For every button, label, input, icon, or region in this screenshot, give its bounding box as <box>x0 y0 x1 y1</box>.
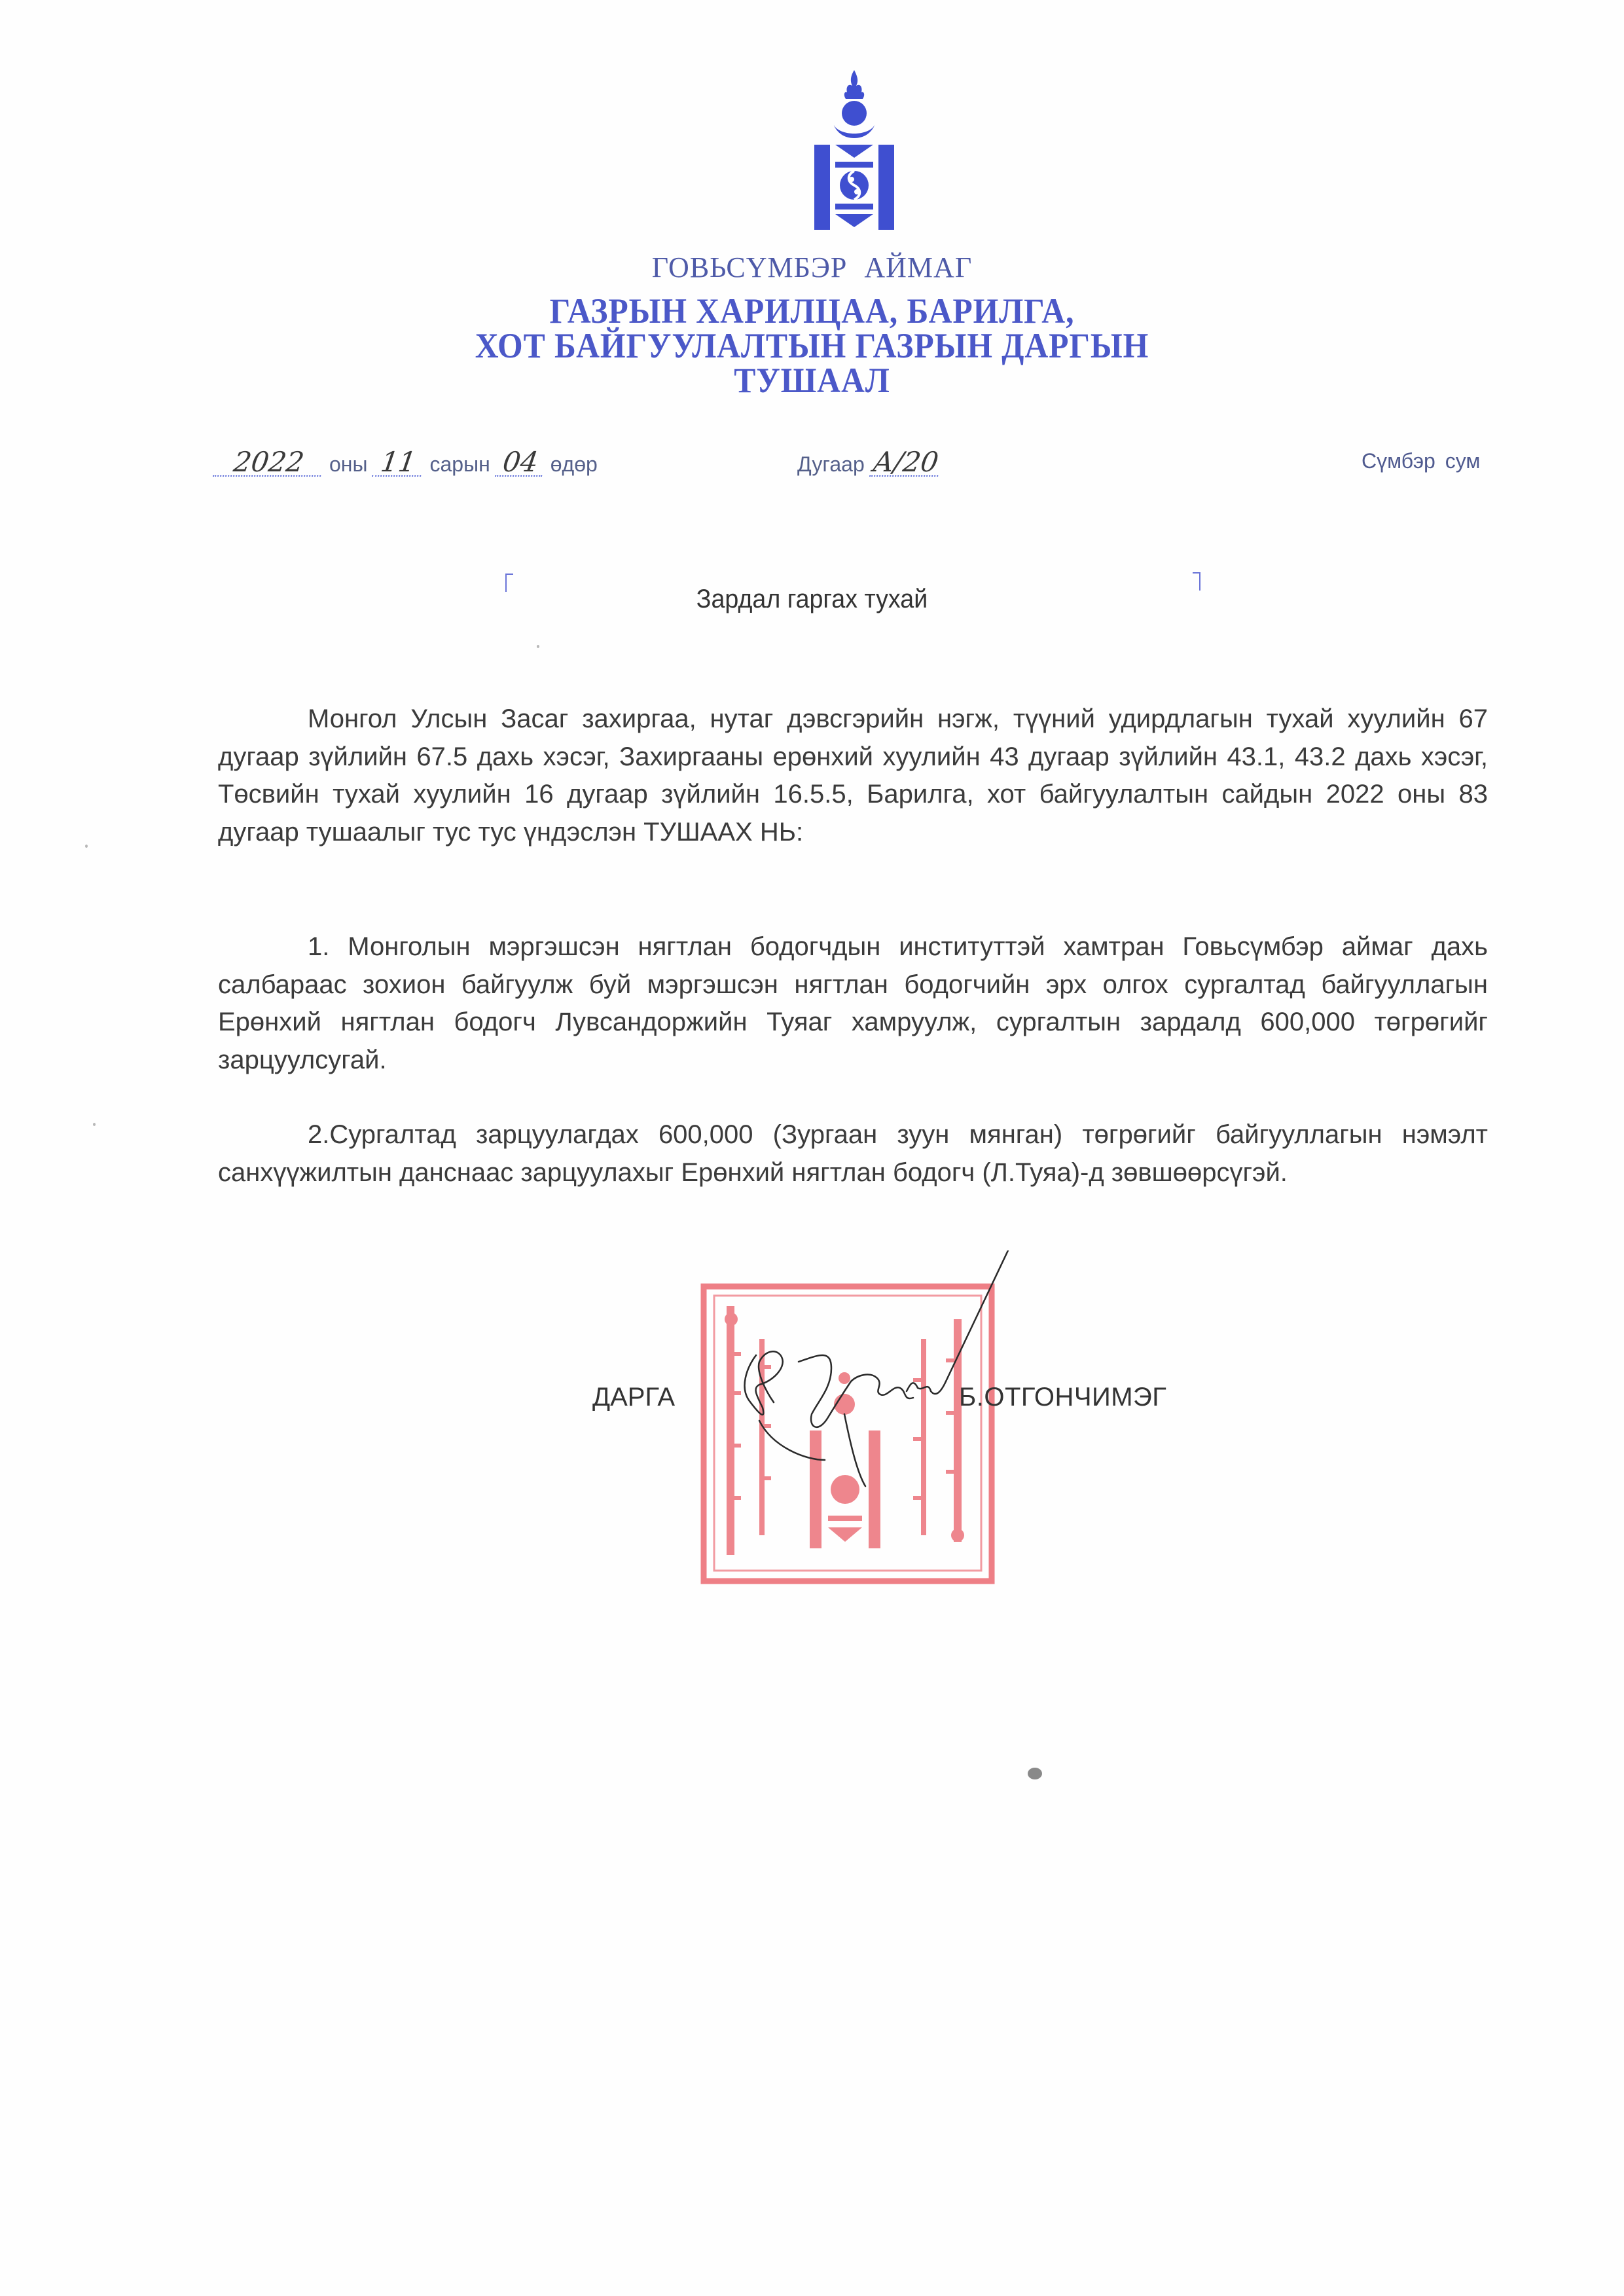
ink-speck <box>537 645 539 648</box>
year-label: оны <box>329 452 367 476</box>
ink-speck <box>85 845 88 848</box>
month-label: сарын <box>429 452 490 476</box>
order-item-2: 2.Сургалтад зарцуулагдах 600,000 (Зургаа… <box>218 1116 1488 1192</box>
document-subject: Зардал гаргах тухай <box>48 585 1575 614</box>
preamble-text: Монгол Улсын Засаг захиргаа, нутаг дэвсг… <box>218 704 1488 847</box>
document-date: 2022оны11сарын04өдөр <box>215 449 604 477</box>
handwritten-signature-icon <box>720 1250 1021 1519</box>
date-year: 2022 <box>213 449 325 477</box>
ink-speck <box>93 1123 96 1126</box>
number-label: Дугаар <box>797 452 865 476</box>
document-number: ДугаарА/20 <box>797 449 940 477</box>
day-label: өдөр <box>550 452 598 476</box>
date-day: 04 <box>495 449 546 477</box>
aimag-name: ГОВЬСҮМБЭР АЙМАГ <box>0 251 1624 284</box>
order-item-1: 1. Монголын мэргэшсэн нягтлан бодогчдын … <box>218 928 1488 1079</box>
ink-smudge <box>1028 1768 1042 1779</box>
signatory-title: ДАРГА <box>592 1383 675 1412</box>
document-type: ТУШААЛ <box>65 360 1559 401</box>
soyombo-emblem-icon <box>812 69 897 232</box>
date-month: 11 <box>372 449 425 477</box>
preamble-paragraph: Монгол Улсын Засаг захиргаа, нутаг дэвсг… <box>218 701 1488 851</box>
order-item-2-text: 2.Сургалтад зарцуулагдах 600,000 (Зургаа… <box>218 1120 1488 1187</box>
number-value: А/20 <box>869 449 942 477</box>
order-item-1-text: 1. Монголын мэргэшсэн нягтлан бодогчдын … <box>218 932 1488 1074</box>
document-page: ГОВЬСҮМБЭР АЙМАГ ГАЗРЫН ХАРИЛЦАА, БАРИЛГ… <box>0 0 1624 2296</box>
document-place: Сүмбэр сум <box>1362 449 1480 473</box>
